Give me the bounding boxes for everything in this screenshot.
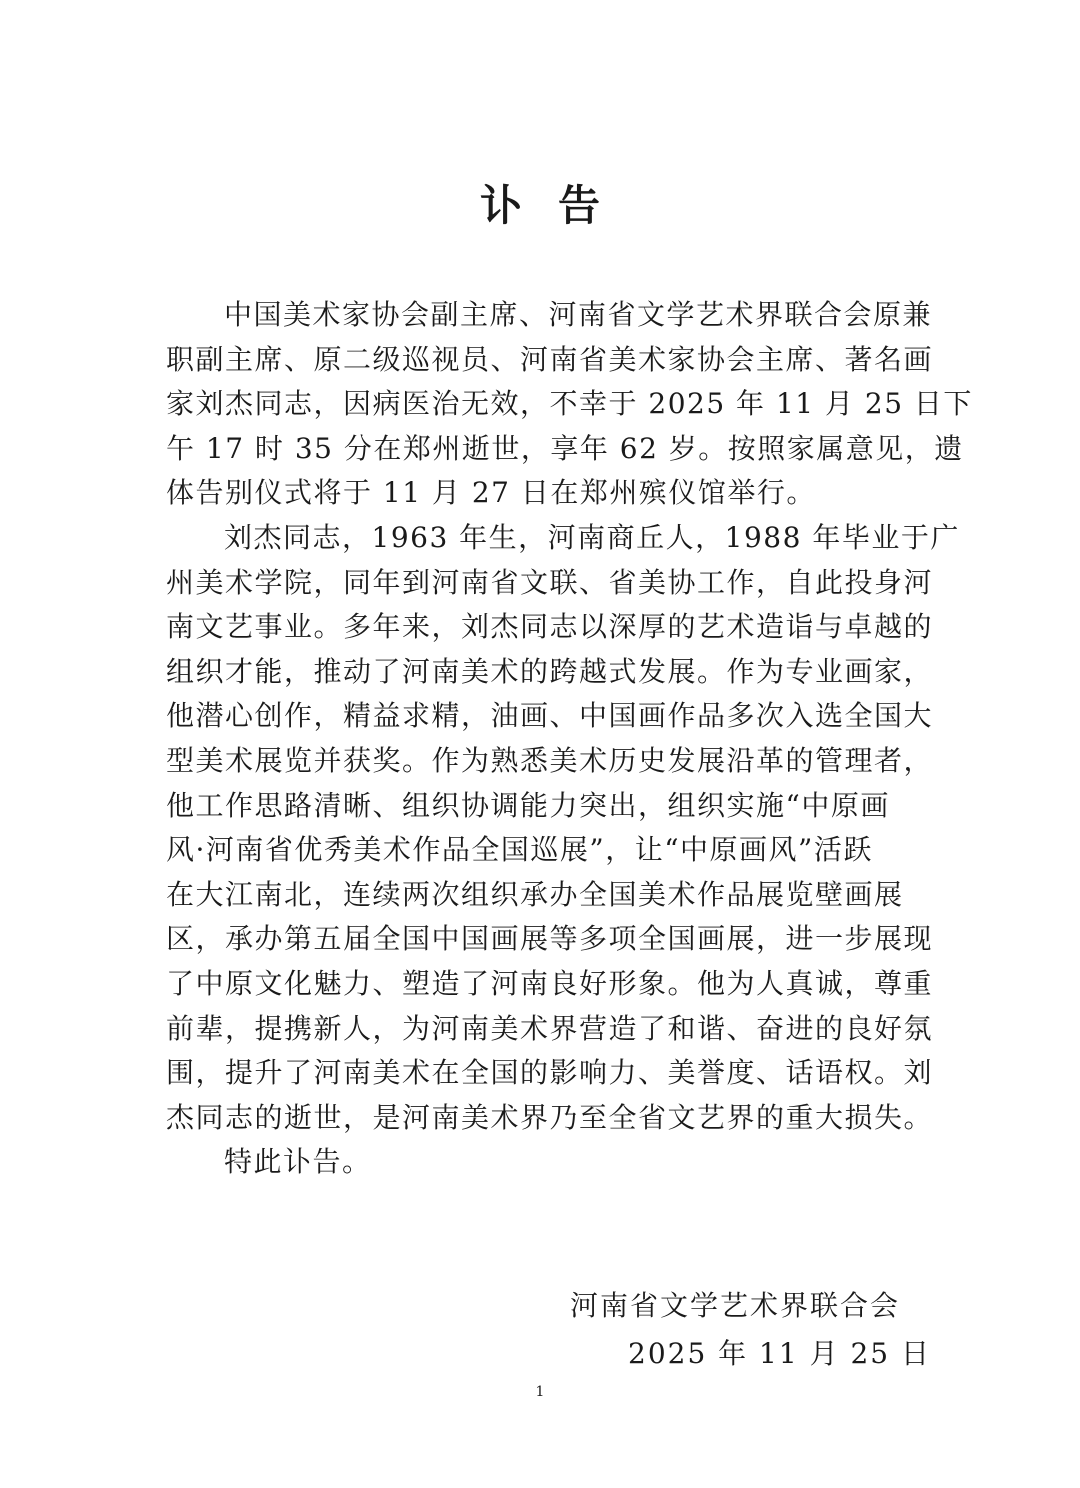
text-line: 了中原文化魅力、塑造了河南良好形象。他为人真诚，尊重 bbox=[166, 962, 916, 1007]
text-line: 他潜心创作，精益求精，油画、中国画作品多次入选全国大 bbox=[166, 694, 916, 739]
text-line: 围，提升了河南美术在全国的影响力、美誉度、话语权。刘 bbox=[166, 1051, 916, 1096]
text-line: 家刘杰同志，因病医治无效，不幸于 2025 年 11 月 25 日下 bbox=[166, 382, 916, 427]
text-line: 中国美术家协会副主席、河南省文学艺术界联合会原兼 bbox=[166, 293, 916, 338]
text-line: 型美术展览并获奖。作为熟悉美术历史发展沿革的管理者， bbox=[166, 739, 916, 784]
paragraph-announcement: 中国美术家协会副主席、河南省文学艺术界联合会原兼 职副主席、原二级巡视员、河南省… bbox=[166, 293, 916, 516]
text-line: 杰同志的逝世，是河南美术界乃至全省文艺界的重大损失。 bbox=[166, 1096, 916, 1141]
text-line: 特此讣告。 bbox=[166, 1140, 916, 1185]
text-line: 州美术学院，同年到河南省文联、省美协工作，自此投身河 bbox=[166, 561, 916, 606]
signature-organization: 河南省文学艺术界联合会 bbox=[570, 1282, 900, 1330]
paragraph-closing: 特此讣告。 bbox=[166, 1140, 916, 1185]
text-line: 区，承办第五届全国中国画展等多项全国画展，进一步展现 bbox=[166, 917, 916, 962]
text-line: 前辈，提携新人，为河南美术界营造了和谐、奋进的良好氛 bbox=[166, 1007, 916, 1052]
text-line: 在大江南北，连续两次组织承办全国美术作品展览壁画展 bbox=[166, 873, 916, 918]
signature-date: 2025 年 11 月 25 日 bbox=[570, 1330, 900, 1378]
signature-block: 河南省文学艺术界联合会 2025 年 11 月 25 日 bbox=[570, 1282, 900, 1378]
paragraph-biography: 刘杰同志，1963 年生，河南商丘人，1988 年毕业于广 州美术学院，同年到河… bbox=[166, 516, 916, 1140]
text-line: 组织才能，推动了河南美术的跨越式发展。作为专业画家， bbox=[166, 650, 916, 695]
document-body: 中国美术家协会副主席、河南省文学艺术界联合会原兼 职副主席、原二级巡视员、河南省… bbox=[166, 293, 916, 1185]
text-line: 刘杰同志，1963 年生，河南商丘人，1988 年毕业于广 bbox=[166, 516, 916, 561]
document-title: 讣告 bbox=[0, 176, 1080, 236]
text-line: 他工作思路清晰、组织协调能力突出，组织实施“中原画 bbox=[166, 784, 916, 829]
text-line: 南文艺事业。多年来，刘杰同志以深厚的艺术造诣与卓越的 bbox=[166, 605, 916, 650]
text-line: 体告别仪式将于 11 月 27 日在郑州殡仪馆举行。 bbox=[166, 471, 916, 516]
text-line: 职副主席、原二级巡视员、河南省美术家协会主席、著名画 bbox=[166, 338, 916, 383]
page-number: 1 bbox=[0, 1384, 1080, 1400]
text-line: 午 17 时 35 分在郑州逝世，享年 62 岁。按照家属意见，遗 bbox=[166, 427, 916, 472]
text-line: 风·河南省优秀美术作品全国巡展”，让“中原画风”活跃 bbox=[166, 828, 916, 873]
